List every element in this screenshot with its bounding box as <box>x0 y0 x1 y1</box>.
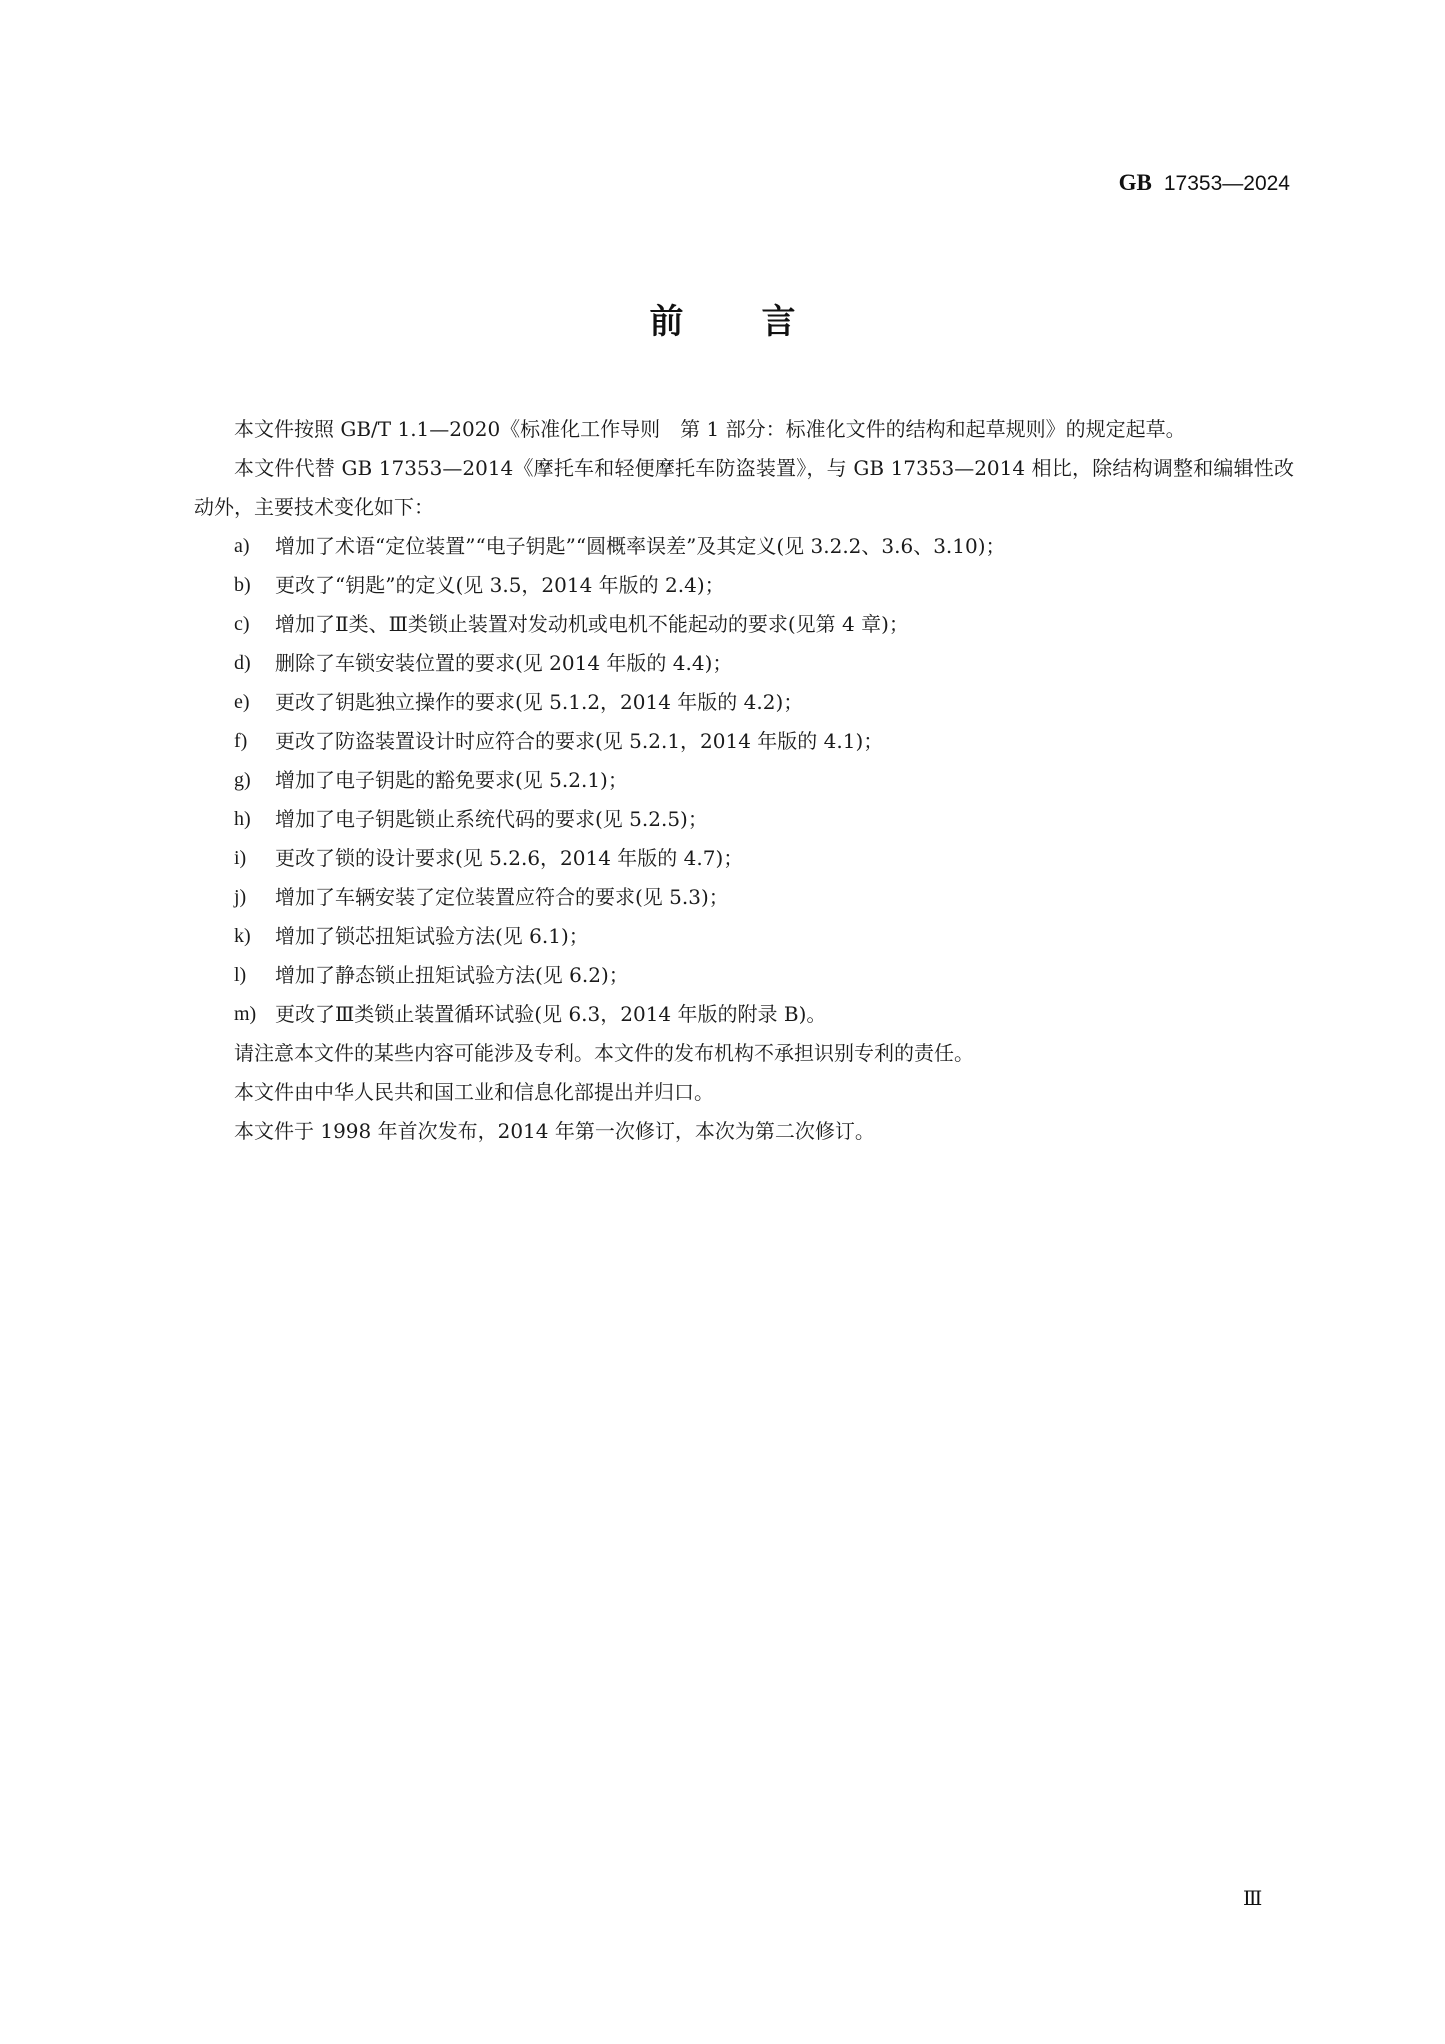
paragraph-history: 本文件于 1998 年首次发布，2014 年第一次修订，本次为第二次修订。 <box>194 1112 1294 1151</box>
paragraph-replacement: 本文件代替 GB 17353—2014《摩托车和轻便摩托车防盗装置》，与 GB … <box>194 449 1294 527</box>
list-text: 增加了车辆安装了定位装置应符合的要求(见 5.3)； <box>275 878 729 917</box>
list-item: h) 增加了电子钥匙锁止系统代码的要求(见 5.2.5)； <box>194 800 1294 839</box>
list-text: 更改了锁的设计要求(见 5.2.6，2014 年版的 4.7)； <box>275 839 743 878</box>
list-marker: b) <box>234 566 275 605</box>
standard-prefix: GB <box>1119 170 1152 195</box>
standard-code-header: GB17353—2024 <box>1119 170 1290 196</box>
list-marker: m) <box>234 995 275 1034</box>
list-marker: h) <box>234 800 275 839</box>
list-marker: g) <box>234 761 275 800</box>
list-marker: c) <box>234 605 275 644</box>
paragraph-patent-notice: 请注意本文件的某些内容可能涉及专利。本文件的发布机构不承担识别专利的责任。 <box>194 1034 1294 1073</box>
list-text: 增加了锁芯扭矩试验方法(见 6.1)； <box>275 917 589 956</box>
list-text: 更改了防盗装置设计时应符合的要求(见 5.2.1，2014 年版的 4.1)； <box>275 722 883 761</box>
list-text: 更改了Ⅲ类锁止装置循环试验(见 6.3，2014 年版的附录 B)。 <box>275 995 826 1034</box>
list-item: g) 增加了电子钥匙的豁免要求(见 5.2.1)； <box>194 761 1294 800</box>
list-text: 增加了Ⅱ类、Ⅲ类锁止装置对发动机或电机不能起动的要求(见第 4 章)； <box>275 605 909 644</box>
document-body: 本文件按照 GB/T 1.1—2020《标准化工作导则 第 1 部分：标准化文件… <box>194 410 1294 1151</box>
list-item: b) 更改了“钥匙”的定义(见 3.5，2014 年版的 2.4)； <box>194 566 1294 605</box>
list-item: i) 更改了锁的设计要求(见 5.2.6，2014 年版的 4.7)； <box>194 839 1294 878</box>
list-marker: j) <box>234 878 275 917</box>
list-marker: e) <box>234 683 275 722</box>
list-text: 更改了“钥匙”的定义(见 3.5，2014 年版的 2.4)； <box>275 566 725 605</box>
changes-list: a) 增加了术语“定位装置”“电子钥匙”“圆概率误差”及其定义(见 3.2.2、… <box>194 527 1294 1034</box>
list-text: 增加了电子钥匙的豁免要求(见 5.2.1)； <box>275 761 628 800</box>
document-page: GB17353—2024 前言 本文件按照 GB/T 1.1—2020《标准化工… <box>0 0 1445 2044</box>
list-marker: i) <box>234 839 275 878</box>
paragraph-proposer: 本文件由中华人民共和国工业和信息化部提出并归口。 <box>194 1073 1294 1112</box>
list-item: m) 更改了Ⅲ类锁止装置循环试验(见 6.3，2014 年版的附录 B)。 <box>194 995 1294 1034</box>
list-item: f) 更改了防盗装置设计时应符合的要求(见 5.2.1，2014 年版的 4.1… <box>194 722 1294 761</box>
paragraph-drafting-rule: 本文件按照 GB/T 1.1—2020《标准化工作导则 第 1 部分：标准化文件… <box>194 410 1294 449</box>
list-text: 增加了静态锁止扭矩试验方法(见 6.2)； <box>275 956 629 995</box>
list-marker: f) <box>234 722 275 761</box>
list-marker: a) <box>234 527 275 566</box>
list-item: a) 增加了术语“定位装置”“电子钥匙”“圆概率误差”及其定义(见 3.2.2、… <box>194 527 1294 566</box>
list-text: 增加了电子钥匙锁止系统代码的要求(见 5.2.5)； <box>275 800 708 839</box>
list-item: l) 增加了静态锁止扭矩试验方法(见 6.2)； <box>194 956 1294 995</box>
page-number: Ⅲ <box>1243 1886 1262 1911</box>
standard-number: 17353—2024 <box>1164 172 1290 195</box>
list-item: d) 删除了车锁安装位置的要求(见 2014 年版的 4.4)； <box>194 644 1294 683</box>
list-marker: l) <box>234 956 275 995</box>
list-item: k) 增加了锁芯扭矩试验方法(见 6.1)； <box>194 917 1294 956</box>
list-item: j) 增加了车辆安装了定位装置应符合的要求(见 5.3)； <box>194 878 1294 917</box>
list-text: 删除了车锁安装位置的要求(见 2014 年版的 4.4)； <box>275 644 732 683</box>
list-marker: d) <box>234 644 275 683</box>
list-text: 更改了钥匙独立操作的要求(见 5.1.2，2014 年版的 4.2)； <box>275 683 803 722</box>
list-marker: k) <box>234 917 275 956</box>
list-item: e) 更改了钥匙独立操作的要求(见 5.1.2，2014 年版的 4.2)； <box>194 683 1294 722</box>
page-title: 前言 <box>0 294 1445 343</box>
list-text: 增加了术语“定位装置”“电子钥匙”“圆概率误差”及其定义(见 3.2.2、3.6… <box>275 527 1006 566</box>
list-item: c) 增加了Ⅱ类、Ⅲ类锁止装置对发动机或电机不能起动的要求(见第 4 章)； <box>194 605 1294 644</box>
